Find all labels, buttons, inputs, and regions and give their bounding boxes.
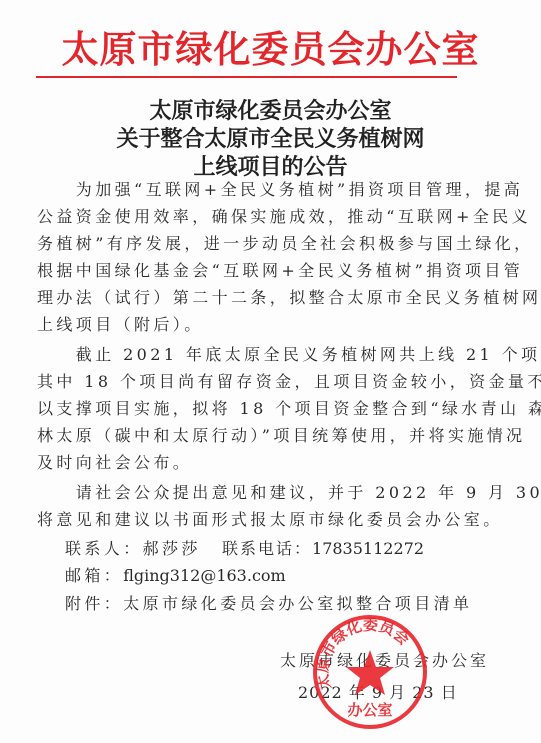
body-line: 上线项目（附后）。 (37, 315, 204, 335)
letterhead-red-rule (36, 76, 457, 78)
contact-phone-row: 联系电话：17835112272 (222, 539, 424, 559)
body-line: 将意见和建议以书面形式报太原市绿化委员会办公室。 (37, 510, 503, 530)
body-line: 以支撑项目实施，拟将 18 个项目资金整合到“绿水青山 森 (37, 399, 541, 419)
contact-phone-label: 联系电话： (222, 539, 312, 558)
body-line: 截止 2021 年底太原全民义务植树网共上线 21 个项目， (37, 345, 541, 365)
official-seal-icon: 太原市绿化委员会 办公室 (310, 612, 430, 732)
contact-person: 郝莎莎 (143, 539, 201, 558)
body-line: 公益资金使用效率，确保实施成效，推动“互联网+全民义 (37, 207, 531, 227)
body-line: 为加强“互联网+全民义务植树”捐资项目管理，提高 (37, 180, 523, 200)
contact-person-label: 联系人： (65, 539, 143, 558)
body-line: 其中 18 个项目尚有留存资金，且项目资金较小，资金量不足 (37, 372, 541, 392)
body-line: 及时向社会公布。 (37, 453, 192, 473)
contact-person-row: 联系人：郝莎莎 (65, 539, 201, 559)
body-line: 务植树”有序发展，进一步动员全社会积极参与国土绿化， (37, 234, 534, 254)
body-line: 理办法（试行）第二十二条，拟整合太原市全民义务植树网 (37, 288, 541, 308)
contact-email-row: 邮箱：flging312@163.com (65, 566, 286, 586)
contact-phone: 17835112272 (312, 539, 424, 558)
letterhead-title: 太原市绿化委员会办公室 (0, 28, 541, 72)
doc-title-line-1: 太原市绿化委员会办公室 (0, 98, 541, 126)
contact-email-link[interactable]: flging312@163.com (123, 566, 286, 585)
body-line: 请社会公众提出意见和建议，并于 2022 年 9 月 30 日前 (37, 483, 541, 503)
attachment-row: 附件：太原市绿化委员会办公室拟整合项目清单 (65, 594, 472, 614)
contact-email-label: 邮箱： (65, 566, 123, 585)
body-line: 根据中国绿化基金会“互联网+全民义务植树”捐资项目管 (37, 261, 523, 281)
body-line: 林太原（碳中和太原行动）”项目统筹使用，并将实施情况 (37, 426, 526, 446)
doc-title-line-3: 上线项目的公告 (0, 154, 541, 182)
doc-title-line-2: 关于整合太原市全民义务植树网 (0, 126, 541, 154)
attachment-title: 太原市绿化委员会办公室拟整合项目清单 (123, 594, 472, 613)
attachment-label: 附件： (65, 594, 123, 613)
svg-text:办公室: 办公室 (347, 701, 392, 719)
